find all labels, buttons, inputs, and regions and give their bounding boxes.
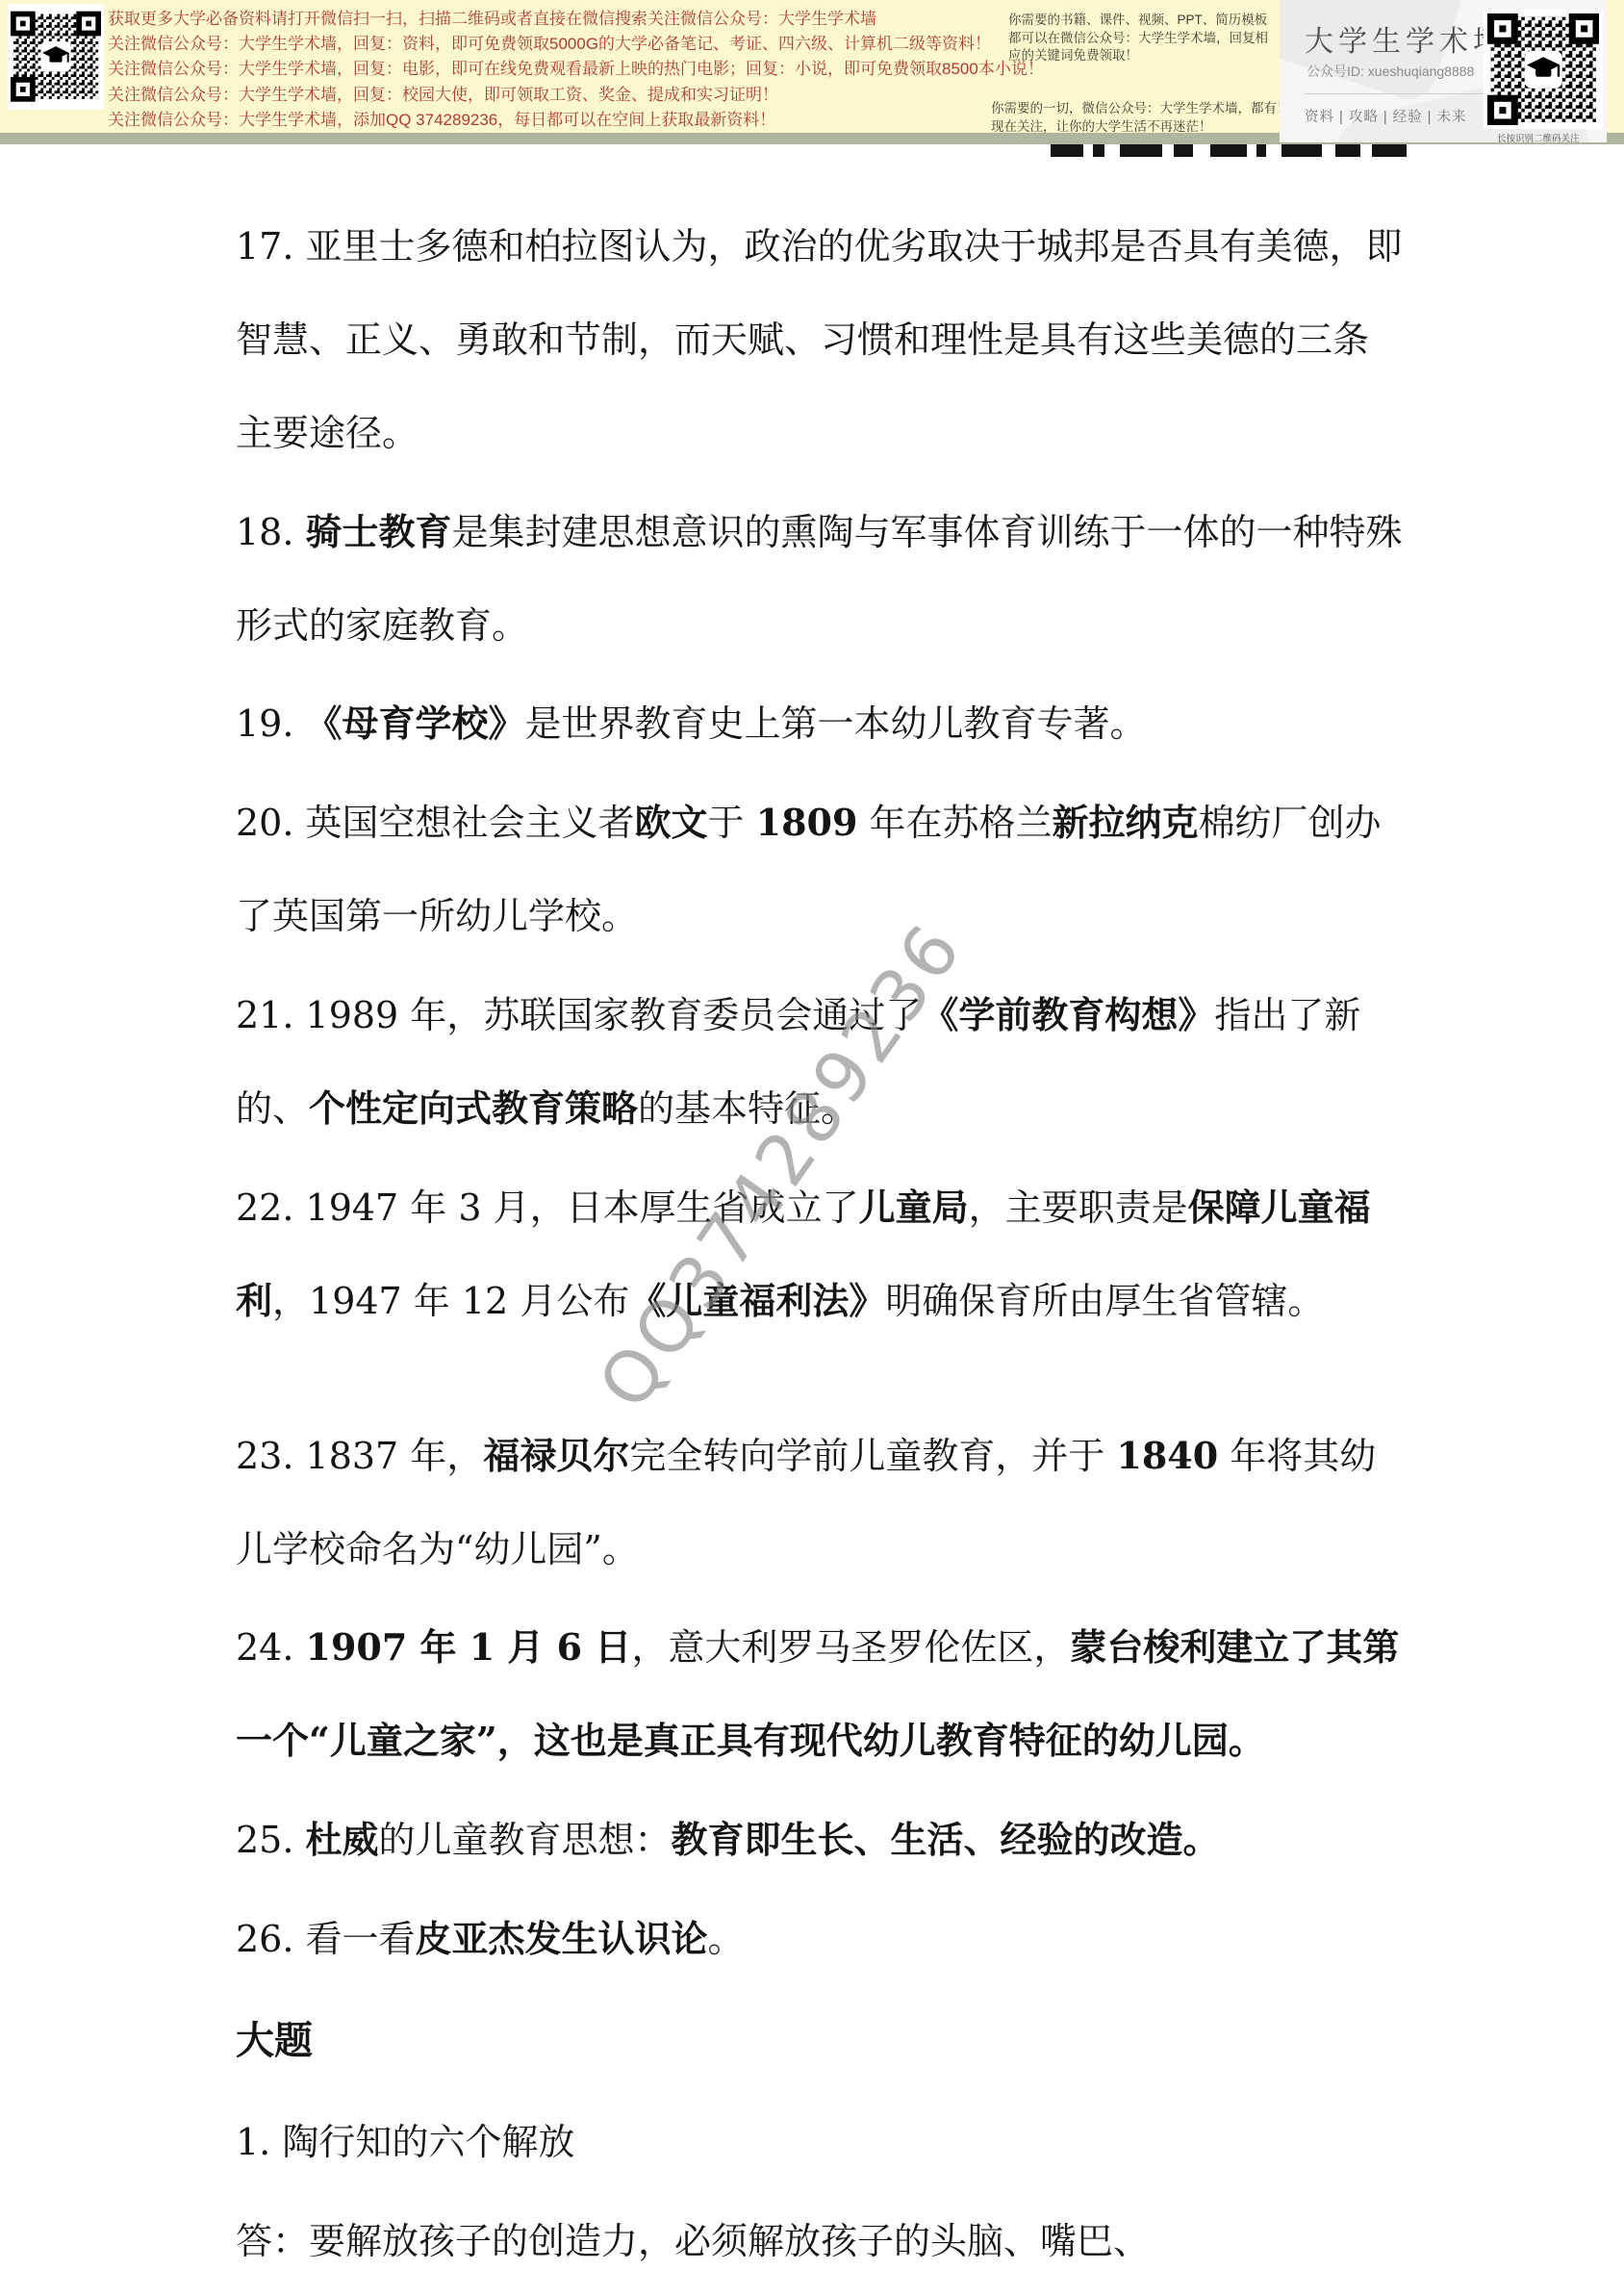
question-1: 1. 陶行知的六个解放 <box>236 2096 1403 2189</box>
promo-top-line-2: 都可以在微信公众号：大学生学术墙，回复相 <box>1008 30 1268 48</box>
promo-top-block: 你需要的书籍、课件、视频、PPT、简历模板 都可以在微信公众号：大学生学术墙，回… <box>1008 12 1268 65</box>
banner-line-5: 关注微信公众号：大学生学术墙，添加QQ 374289236，每日都可以在空间上获… <box>108 108 1031 133</box>
promo-side-box: 你需要的书籍、课件、视频、PPT、简历模板 都可以在微信公众号：大学生学术墙，回… <box>991 0 1289 144</box>
item-17: 17. 亚里士多德和柏拉图认为，政治的优劣取决于城邦是否具有美德，即智慧、正义、… <box>236 200 1403 480</box>
qr-code-left <box>8 4 104 110</box>
promo-bottom-block: 你需要的一切，微信公众号：大学生学术墙，都有！ 现在关注，让你的大学生活不再迷茫… <box>991 100 1290 136</box>
promo-top-line-3: 应的关键词免费领取！ <box>1008 47 1268 65</box>
card-divider <box>1305 93 1493 94</box>
item-18: 18. 骑士教育是集封建思想意识的熏陶与军事体育训练于一体的一种特殊形式的家庭教… <box>236 486 1403 673</box>
banner-line-3: 关注微信公众号：大学生学术墙，回复：电影，即可在线免费观看最新上映的热门电影；回… <box>108 57 1031 82</box>
banner-line-1: 获取更多大学必备资料请打开微信扫一扫，扫描二维码或者直接在微信搜索关注微信公众号… <box>108 7 1031 32</box>
qr-caption: 长按识别二维码关注 <box>1497 131 1580 144</box>
item-26: 26. 看一看皮亚杰发生认识论。 <box>236 1893 1403 1986</box>
section-header-dati: 大题 <box>236 1992 1403 2090</box>
account-card-tags: 资料 | 攻略 | 经验 | 未来 <box>1305 106 1466 126</box>
banner-line-2: 关注微信公众号：大学生学术墙，回复：资料，即可免费领取5000G的大学必备笔记、… <box>108 32 1031 57</box>
promo-banner: 获取更多大学必备资料请打开微信扫一扫，扫描二维码或者直接在微信搜索关注微信公众号… <box>0 0 1624 144</box>
item-20: 20. 英国空想社会主义者欧文于 1809 年在苏格兰新拉纳克棉纺厂创办了英国第… <box>236 777 1403 963</box>
account-card-title: 大学生学术墙 <box>1305 17 1507 60</box>
banner-text-lines: 获取更多大学必备资料请打开微信扫一扫，扫描二维码或者直接在微信搜索关注微信公众号… <box>108 7 1031 133</box>
promo-bottom-line-1: 你需要的一切，微信公众号：大学生学术墙，都有！ <box>991 100 1290 118</box>
promo-bottom-line-2: 现在关注，让你的大学生活不再迷茫！ <box>991 118 1290 137</box>
qr-code-icon <box>11 7 101 106</box>
qr-code-right <box>1484 10 1603 129</box>
item-23: 23. 1837 年，福禄贝尔完全转向学前儿童教育，并于 1840 年将其幼儿学… <box>236 1410 1403 1596</box>
promo-top-line-1: 你需要的书籍、课件、视频、PPT、简历模板 <box>1008 12 1268 30</box>
document-body: 17. 亚里士多德和柏拉图认为，政治的优劣取决于城邦是否具有美德，即智慧、正义、… <box>0 144 1624 2294</box>
item-22: 22. 1947 年 3 月，日本厚生省成立了儿童局，主要职责是保障儿童福利，1… <box>236 1161 1403 1348</box>
item-19: 19. 《母育学校》是世界教育史上第一本幼儿教育专著。 <box>236 677 1403 771</box>
item-25: 25. 杜威的儿童教育思想：教育即生长、生活、经验的改造。 <box>236 1794 1403 1887</box>
banner-line-4: 关注微信公众号：大学生学术墙，回复：校园大使，即可领取工资、奖金、提成和实习证明… <box>108 83 1031 108</box>
answer-1: 答：要解放孩子的创造力，必须解放孩子的头脑、嘴巴、 <box>236 2195 1403 2288</box>
item-24: 24. 1907 年 1 月 6 日，意大利罗马圣罗伦佐区，蒙台梭利建立了其第一… <box>236 1601 1403 1788</box>
qr-code-icon <box>1487 13 1600 126</box>
account-card-id: 公众号ID: xueshuqiang8888 <box>1307 62 1474 81</box>
